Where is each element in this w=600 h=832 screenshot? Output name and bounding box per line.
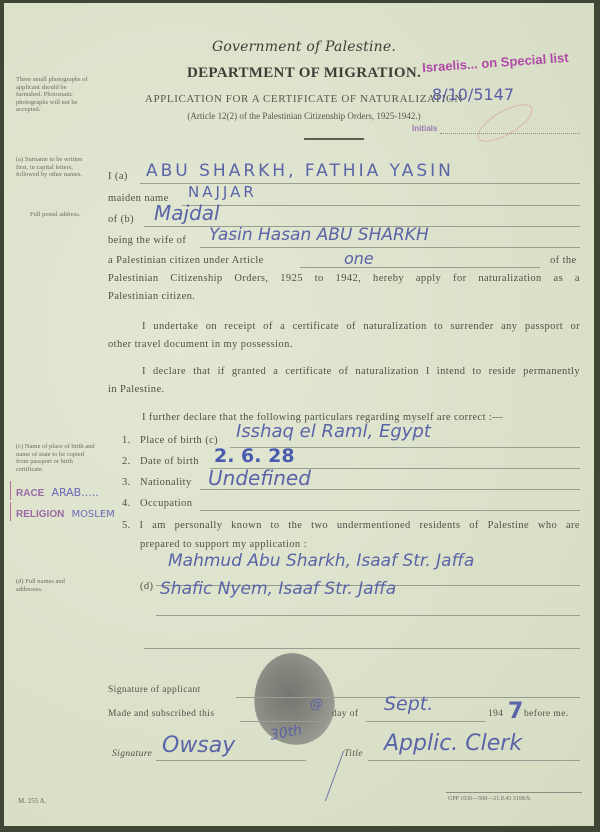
article-label: a Palestinian citizen under Article (108, 255, 264, 266)
made-subscribed-label: Made and subscribed this (108, 709, 214, 719)
place-of-birth-label: Place of birth (c) (140, 435, 218, 446)
title-label: Title (344, 749, 363, 759)
year-suffix-field[interactable]: 7 (508, 699, 523, 724)
article-suffix: of the (550, 255, 577, 266)
government-heading: Government of Palestine. (4, 39, 600, 55)
print-reference: GPP 1036—500—21.8.43 3198/S. (448, 796, 531, 802)
particular-1-number: 1. (122, 435, 131, 446)
name-field[interactable]: ABU SHARKH, FATHIA YASIN (146, 161, 454, 181)
footer-rule (446, 792, 582, 793)
day-superscript-mark: @ (310, 697, 323, 712)
race-value: ARAB..... (51, 486, 98, 499)
occupation-label: Occupation (140, 498, 192, 509)
referee-2-field[interactable]: Shafic Nyem, Isaaf Str. Jaffa (160, 579, 396, 599)
margin-note-birthplace: (c) Name of place of birth and name of s… (16, 443, 96, 473)
referee-1-field[interactable]: Mahmud Abu Sharkh, Isaaf Str. Jaffa (168, 551, 474, 571)
referee-2-line (156, 615, 580, 616)
officer-signature-field[interactable]: Owsay (162, 733, 235, 758)
address-field[interactable]: Majdal (154, 201, 220, 225)
item-5-text-2: prepared to support my application : (140, 539, 307, 550)
naturalization-application-form: Government of Palestine. DEPARTMENT OF M… (4, 3, 594, 826)
nationality-label: Nationality (140, 477, 192, 488)
header-divider (304, 138, 364, 140)
maiden-name-field[interactable]: NAJJAR (188, 183, 257, 201)
officer-signature-line (156, 760, 306, 761)
day-of-label: day of (332, 709, 358, 719)
initials-label: Initials (412, 124, 437, 133)
date-of-birth-label: Date of birth (140, 456, 199, 467)
margin-note-referees: (d) Full names and addresses. (16, 578, 86, 593)
article-field[interactable]: one (344, 249, 374, 268)
undertake-text-2: other travel document in my possession. (108, 339, 293, 350)
religion-value: MOSLEM (71, 509, 114, 520)
year-prefix: 194 (488, 709, 503, 719)
referees-label: (d) (140, 581, 153, 592)
name-label: I (a) (108, 171, 128, 182)
title-field[interactable]: Applic. Clerk (384, 731, 522, 756)
particular-2-number: 2. (122, 456, 131, 467)
date-of-birth-field[interactable]: 2. 6. 28 (214, 445, 295, 467)
wife-of-label: being the wife of (108, 235, 186, 246)
officer-signature-label: Signature (112, 749, 152, 759)
title-line (368, 760, 580, 761)
husband-name-field[interactable]: Yasin Hasan ABU SHARKH (209, 225, 429, 245)
occupation-line (200, 510, 580, 511)
race-religion-stamp: RACE ARAB..... RELIGION MOSLEM (10, 481, 115, 521)
particular-4-number: 4. (122, 498, 131, 509)
article-line (300, 267, 540, 268)
orders-text: Palestinian Citizenship Orders, 1925 to … (108, 273, 580, 284)
undertake-text: I undertake on receipt of a certificate … (142, 321, 580, 332)
declare-text: I declare that if granted a certificate … (142, 366, 580, 377)
before-me-label: before me. (524, 709, 569, 719)
wife-of-line (200, 247, 580, 248)
item-5-text: 5. I am personally known to the two unde… (122, 520, 580, 531)
race-label: RACE (14, 488, 46, 499)
address-label: of (b) (108, 214, 134, 225)
margin-note-postal: Full postal address. (30, 211, 90, 219)
file-number-handwritten: 8/10/5147 (432, 85, 514, 104)
margin-note-photos: Three small photographs of applicant sho… (16, 76, 91, 114)
maiden-name-line (182, 205, 580, 206)
form-number: M. 255 A. (18, 797, 46, 805)
nationality-field[interactable]: Undefined (208, 466, 311, 490)
applicant-signature-label: Signature of applicant (108, 685, 201, 695)
place-of-birth-field[interactable]: Isshaq el Raml, Egypt (236, 421, 431, 442)
day-line (240, 721, 328, 722)
particular-3-number: 3. (122, 477, 131, 488)
signature-flourish (285, 751, 344, 801)
month-field[interactable]: Sept. (384, 693, 433, 715)
orders-text-2: Palestinian citizen. (108, 291, 195, 302)
separator-line (144, 648, 580, 649)
margin-note-surname: (a) Surname to be written first, in capi… (16, 156, 91, 179)
religion-label: RELIGION (14, 509, 66, 520)
declare-text-2: in Palestine. (108, 384, 165, 395)
month-line (366, 721, 486, 722)
